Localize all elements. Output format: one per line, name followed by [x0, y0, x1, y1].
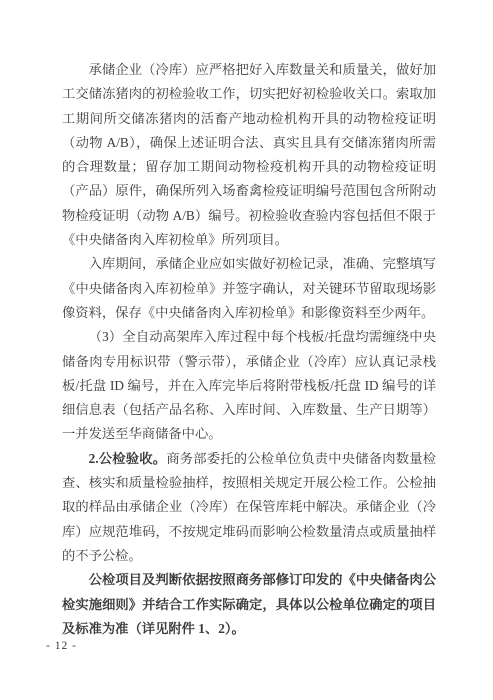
page-number: - 12 - — [46, 638, 77, 654]
paragraph-pallet-id: （3）全自动高架库入库过程中每个栈板/托盘均需缠绕中央储备肉专用标识带（警示带）… — [62, 325, 436, 446]
document-page: 承储企业（冷库）应严格把好入库数量关和质量关，做好加工交储冻猪肉的初检验收工作，… — [0, 0, 493, 700]
paragraph-public-inspection-lead: 2.公检验收。 — [89, 451, 167, 466]
paragraph-inspection-record: 入库期间，承储企业应如实做好初检记录，准确、完整填写《中央储备肉入库初检单》并签… — [62, 252, 436, 325]
paragraph-initial-inspection: 承储企业（冷库）应严格把好入库数量关和质量关，做好加工交储冻猪肉的初检验收工作，… — [62, 58, 436, 252]
paragraph-inspection-standards: 公检项目及判断依据按照商务部修订印发的《中央储备肉公检实施细则》并结合工作实际确… — [62, 568, 436, 641]
paragraph-public-inspection-body: 商务部委托的公检单位负责中央储备肉数量检查、核实和质量检验抽样，按照相关规定开展… — [62, 451, 436, 563]
paragraph-public-inspection: 2.公检验收。商务部委托的公检单位负责中央储备肉数量检查、核实和质量检验抽样，按… — [62, 447, 436, 568]
page-body: 承储企业（冷库）应严格把好入库数量关和质量关，做好加工交储冻猪肉的初检验收工作，… — [62, 58, 436, 641]
